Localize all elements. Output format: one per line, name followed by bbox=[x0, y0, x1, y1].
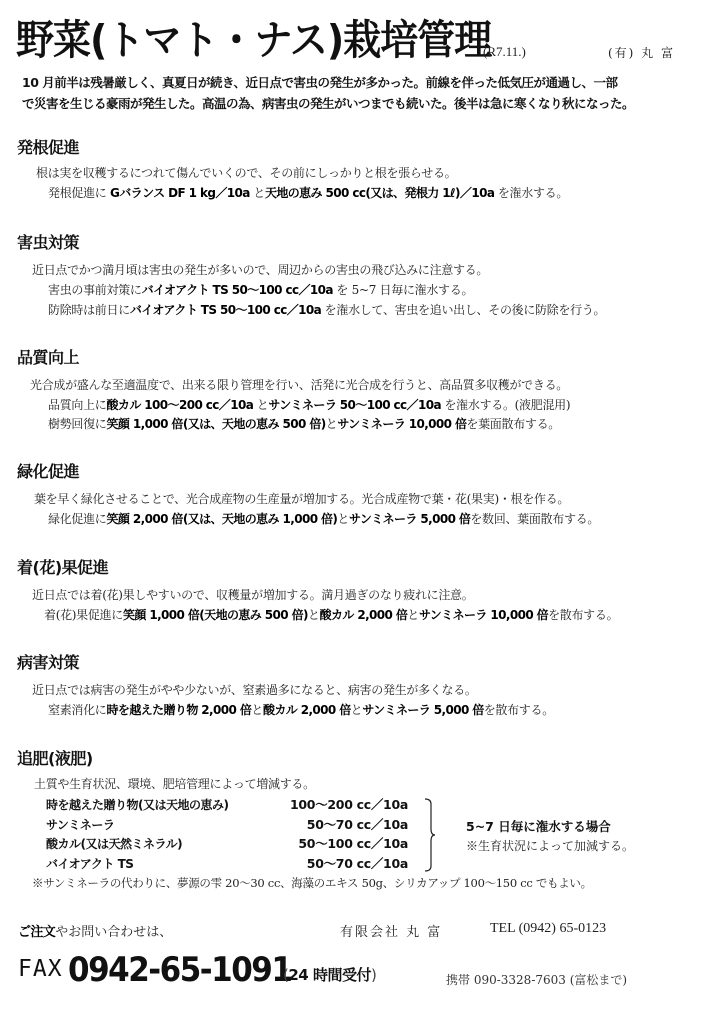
section-heading-quality: 品質向上 bbox=[17, 347, 79, 369]
body-text: を 5~7 日毎に潅水する。 bbox=[333, 283, 473, 297]
body-text: と bbox=[251, 703, 263, 717]
body-text: 樹勢回復に bbox=[48, 417, 107, 431]
section-heading-rooting: 発根促進 bbox=[17, 137, 79, 159]
fax-hours: (24 時間受付) bbox=[283, 964, 376, 985]
body-text: と bbox=[253, 398, 268, 412]
body-text: と bbox=[326, 417, 338, 431]
product-dosage: 酸カル 2,000 倍 bbox=[320, 608, 408, 622]
product-dosage: サンミネーラ 5,000 倍 bbox=[349, 512, 470, 526]
section-line: 発根促進に Gバランス DF 1 kg／10a と天地の恵み 500 cc(又は… bbox=[48, 183, 568, 203]
product-dosage: サンミネーラ 10,000 倍 bbox=[337, 417, 466, 431]
body-text: 害虫の事前対策に bbox=[48, 283, 142, 297]
section-line: 葉を早く緑化させることで、光合成産物の生産量が増加する。光合成産物で葉・花(果実… bbox=[34, 489, 569, 509]
section-heading-pest-control: 害虫対策 bbox=[17, 232, 79, 254]
fertilizer-name: サンミネーラ bbox=[46, 815, 114, 835]
product-dosage: サンミネーラ 5,000 倍 bbox=[362, 703, 483, 717]
inquiry-text: やお問い合わせは、 bbox=[55, 925, 172, 940]
section-line: 品質向上に酸カル 100～200 cc／10a とサンミネーラ 50～100 c… bbox=[48, 395, 570, 415]
page-title: 野菜(トマト・ナス)栽培管理 bbox=[16, 14, 491, 66]
body-text: を潅水する。 bbox=[494, 186, 568, 200]
product-dosage: サンミネーラ 10,000 倍 bbox=[419, 608, 548, 622]
intro-paragraph: 10 月前半は残暑厳しく、真夏日が続き、近日点で害虫の発生が多かった。前線を伴っ… bbox=[22, 72, 722, 114]
fax-label: FAX bbox=[18, 956, 63, 982]
watering-interval-note: 5~7 日毎に潅水する場合 bbox=[466, 817, 611, 835]
company-name-header: (有) 丸 富 bbox=[608, 44, 675, 61]
order-inquiry: ご注文やお問い合わせは、 bbox=[18, 921, 172, 940]
section-line: 光合成が盛んな至適温度で、出来る限り管理を行い、活発に光合成を行うと、高品質多収… bbox=[30, 375, 568, 395]
section-line: 樹勢回復に笑顔 1,000 倍(又は、天地の恵み 500 倍)とサンミネーラ 1… bbox=[48, 414, 560, 434]
product-dosage: 時を越えた贈り物 2,000 倍 bbox=[107, 703, 252, 717]
product-dosage: 笑顔 1,000 倍(又は、天地の恵み 500 倍) bbox=[107, 417, 326, 431]
section-line: 窒素消化に時を越えた贈り物 2,000 倍と酸カル 2,000 倍とサンミネーラ… bbox=[48, 700, 554, 720]
body-text: 品質向上に bbox=[48, 398, 107, 412]
fertilizer-amount: 50～70 cc／10a bbox=[307, 815, 408, 835]
body-text: 葉を早く緑化させることで、光合成産物の生産量が増加する。光合成産物で葉・花(果実… bbox=[34, 492, 569, 506]
section-line: 近日点では着(花)果しやすいので、収穫量が増加する。満月過ぎのなり疲れに注意。 bbox=[32, 585, 473, 605]
phone-number: TEL (0942) 65-0123 bbox=[490, 921, 606, 937]
product-dosage: 笑顔 2,000 倍(又は、天地の恵み 1,000 倍) bbox=[107, 512, 338, 526]
product-dosage: 酸カル 100～200 cc／10a bbox=[107, 398, 254, 412]
body-text: と bbox=[337, 512, 349, 526]
product-dosage: バイオアクト TS 50～100 cc／10a bbox=[142, 283, 333, 297]
body-text: と bbox=[250, 186, 265, 200]
body-text: 防除時は前日に bbox=[48, 303, 130, 317]
fertilizer-amount: 50～100 cc／10a bbox=[298, 834, 408, 854]
section-heading-greening: 緑化促進 bbox=[17, 461, 79, 483]
body-text: 着(花)果促進に bbox=[44, 608, 123, 622]
intro-line-1: 10 月前半は残暑厳しく、真夏日が続き、近日点で害虫の発生が多かった。前線を伴っ… bbox=[22, 72, 722, 93]
substitute-footnote: ※サンミネーラの代わりに、夢源の雫 20～30 cc、海藻のエキス 50g、シリ… bbox=[32, 873, 592, 893]
fertilizer-name: バイオアクト TS bbox=[46, 854, 133, 874]
body-text: 窒素消化に bbox=[48, 703, 107, 717]
section-line: 害虫の事前対策にバイオアクト TS 50～100 cc／10a を 5~7 日毎… bbox=[48, 280, 473, 300]
body-text: 発根促進に bbox=[48, 186, 110, 200]
fax-number: 0942-65-1091 bbox=[68, 950, 291, 990]
body-text: 緑化促進に bbox=[48, 512, 107, 526]
body-text: 根は実を収穫するにつれて傷んでいくので、その前にしっかりと根を張らせる。 bbox=[36, 166, 456, 180]
fax-hours-text: 24 時間受付 bbox=[288, 966, 371, 984]
body-text: 光合成が盛んな至適温度で、出来る限り管理を行い、活発に光合成を行うと、高品質多収… bbox=[30, 378, 568, 392]
right-brace-icon bbox=[424, 798, 436, 872]
body-text: を数回、葉面散布する。 bbox=[470, 512, 599, 526]
product-dosage: 笑顔 1,000 倍(天地の恵み 500 倍) bbox=[123, 608, 308, 622]
product-dosage: Gバランス DF 1 kg／10a bbox=[110, 186, 250, 200]
body-text: 近日点では病害の発生がやや少ないが、窒素過多になると、病害の発生が多くなる。 bbox=[32, 683, 477, 697]
intro-line-2: で災害を生じる豪雨が発生した。高温の為、病害虫の発生がいつまでも続いた。後半は急… bbox=[22, 93, 722, 114]
fertilizer-amount: 100～200 cc／10a bbox=[290, 795, 408, 815]
section-line: 緑化促進に笑顔 2,000 倍(又は、天地の恵み 1,000 倍)とサンミネーラ… bbox=[48, 509, 599, 529]
section-line: 着(花)果促進に笑顔 1,000 倍(天地の恵み 500 倍)と酸カル 2,00… bbox=[44, 605, 618, 625]
adjustment-note: ※生育状況によって加減する。 bbox=[466, 837, 634, 854]
body-text: を散布する。 bbox=[484, 703, 554, 717]
product-dosage: 酸カル 2,000 倍 bbox=[263, 703, 351, 717]
product-dosage: 天地の恵み 500 cc(又は、発根力 1ℓ)／10a bbox=[265, 186, 494, 200]
body-text: 近日点でかつ満月頃は害虫の発生が多いので、周辺からの害虫の飛び込みに注意する。 bbox=[32, 263, 488, 277]
body-text: と bbox=[407, 608, 419, 622]
mobile-number: 携帯 090-3328-7603 (富松まで) bbox=[446, 971, 627, 988]
section-heading-disease-control: 病害対策 bbox=[17, 652, 79, 674]
body-text: 近日点では着(花)果しやすいので、収穫量が増加する。満月過ぎのなり疲れに注意。 bbox=[32, 588, 473, 602]
section-heading-topdress: 追肥(液肥) bbox=[17, 748, 93, 770]
section-line: 根は実を収穫するにつれて傷んでいくので、その前にしっかりと根を張らせる。 bbox=[36, 163, 456, 183]
section-line: 近日点でかつ満月頃は害虫の発生が多いので、周辺からの害虫の飛び込みに注意する。 bbox=[32, 260, 488, 280]
body-text: を潅水する。(液肥混用) bbox=[441, 398, 570, 412]
fertilizer-amount: 50～70 cc／10a bbox=[307, 854, 408, 874]
product-dosage: サンミネーラ 50～100 cc／10a bbox=[268, 398, 441, 412]
body-text: を散布する。 bbox=[548, 608, 618, 622]
fertilizer-name: 時を越えた贈り物(又は天地の恵み) bbox=[46, 795, 228, 815]
fertilizer-name: 酸カル(又は天然ミネラル) bbox=[46, 834, 182, 854]
section-heading-fruit-set: 着(花)果促進 bbox=[17, 557, 108, 579]
issue-date: (R7.11.) bbox=[483, 44, 526, 60]
topdress-intro: 土質や生育状況、環境、肥培管理によって増減する。 bbox=[34, 774, 315, 794]
section-line: 防除時は前日にバイオアクト TS 50～100 cc／10a を潅水して、害虫を… bbox=[48, 300, 605, 320]
body-text: と bbox=[308, 608, 320, 622]
product-dosage: バイオアクト TS 50～100 cc／10a bbox=[130, 303, 321, 317]
company-name-footer: 有限会社 丸 富 bbox=[340, 921, 442, 940]
body-text: と bbox=[351, 703, 363, 717]
order-label: ご注文 bbox=[18, 925, 55, 940]
body-text: を潅水して、害虫を追い出し、その後に防除を行う。 bbox=[321, 303, 605, 317]
section-line: 近日点では病害の発生がやや少ないが、窒素過多になると、病害の発生が多くなる。 bbox=[32, 680, 477, 700]
body-text: を葉面散布する。 bbox=[466, 417, 560, 431]
